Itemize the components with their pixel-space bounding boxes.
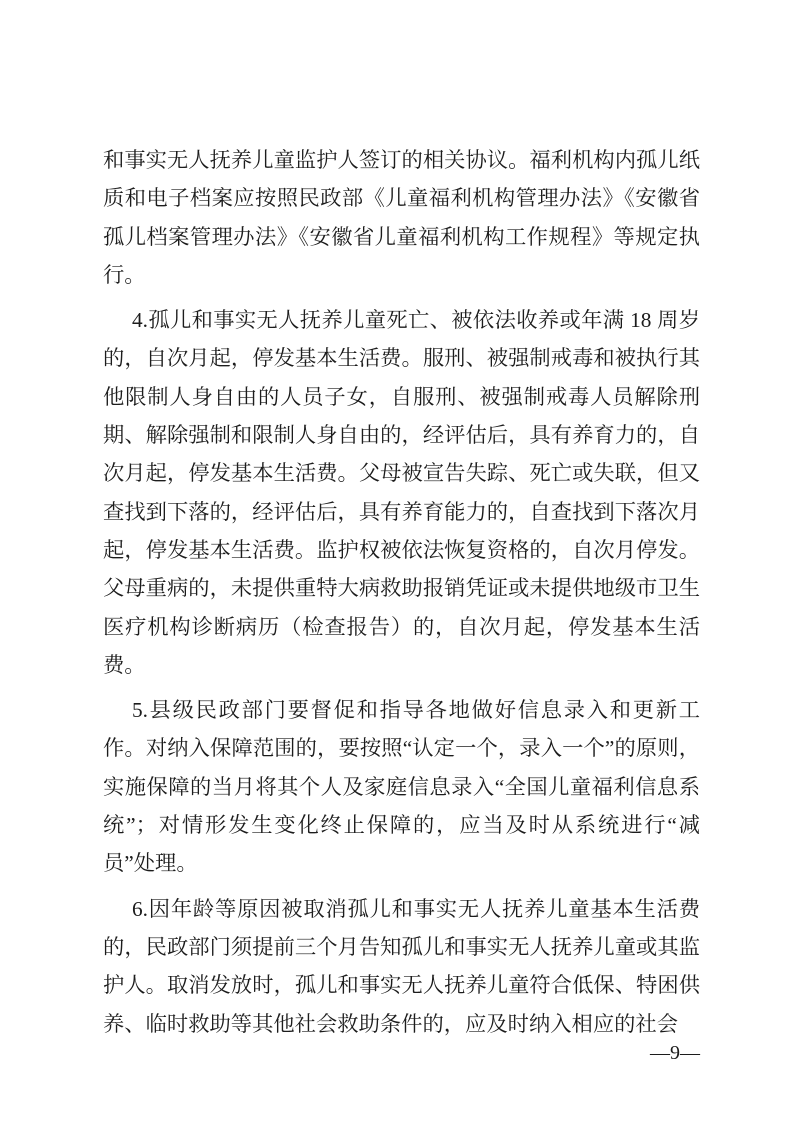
paragraph-continuation: 和事实无人抚养儿童监护人签订的相关协议。福利机构内孤儿纸质和电子档案应按照民政部… bbox=[103, 141, 700, 294]
paragraph-item-5: 5.县级民政部门要督促和指导各地做好信息录入和更新工作。对纳入保障范围的，要按照… bbox=[103, 691, 700, 882]
paragraph-item-4: 4.孤儿和事实无人抚养儿童死亡、被依法收养或年满 18 周岁的，自次月起，停发基… bbox=[103, 301, 700, 684]
page-number: —9— bbox=[650, 1043, 700, 1063]
document-body: 和事实无人抚养儿童监护人签订的相关协议。福利机构内孤儿纸质和电子档案应按照民政部… bbox=[103, 141, 700, 1043]
paragraph-item-6: 6.因年龄等原因被取消孤儿和事实无人抚养儿童基本生活费的，民政部门须提前三个月告… bbox=[103, 890, 700, 1043]
document-page: 和事实无人抚养儿童监护人签订的相关协议。福利机构内孤儿纸质和电子档案应按照民政部… bbox=[0, 0, 793, 1122]
